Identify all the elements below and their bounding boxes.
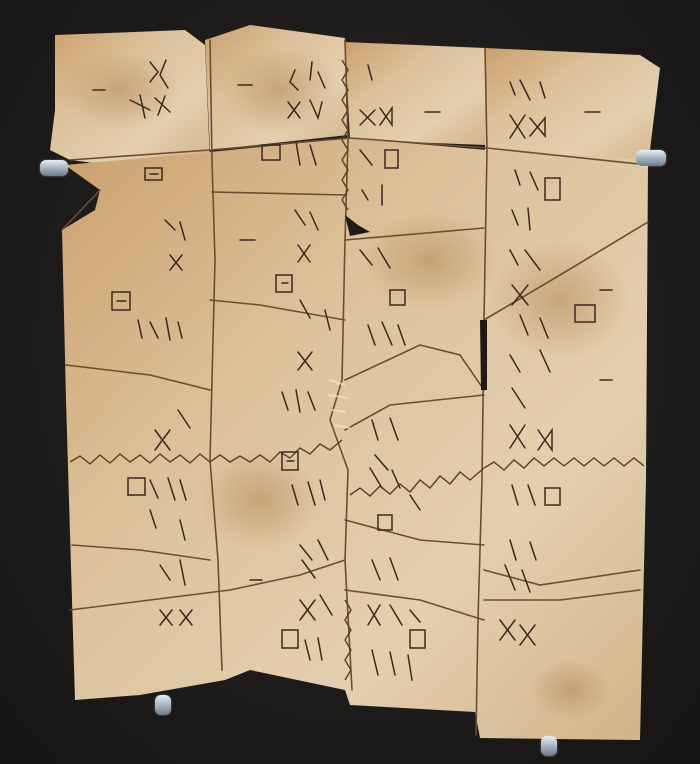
oracle-bone-plastron: [0, 0, 700, 764]
mount-peg-left: [40, 160, 68, 176]
mount-peg-right: [636, 150, 666, 166]
display-background: Oracle bone (turtle plastron) with incis…: [0, 0, 700, 764]
mount-peg-bottom-left: [155, 695, 171, 715]
mount-peg-bottom-right: [541, 736, 557, 756]
bone-fragments: [50, 25, 660, 740]
